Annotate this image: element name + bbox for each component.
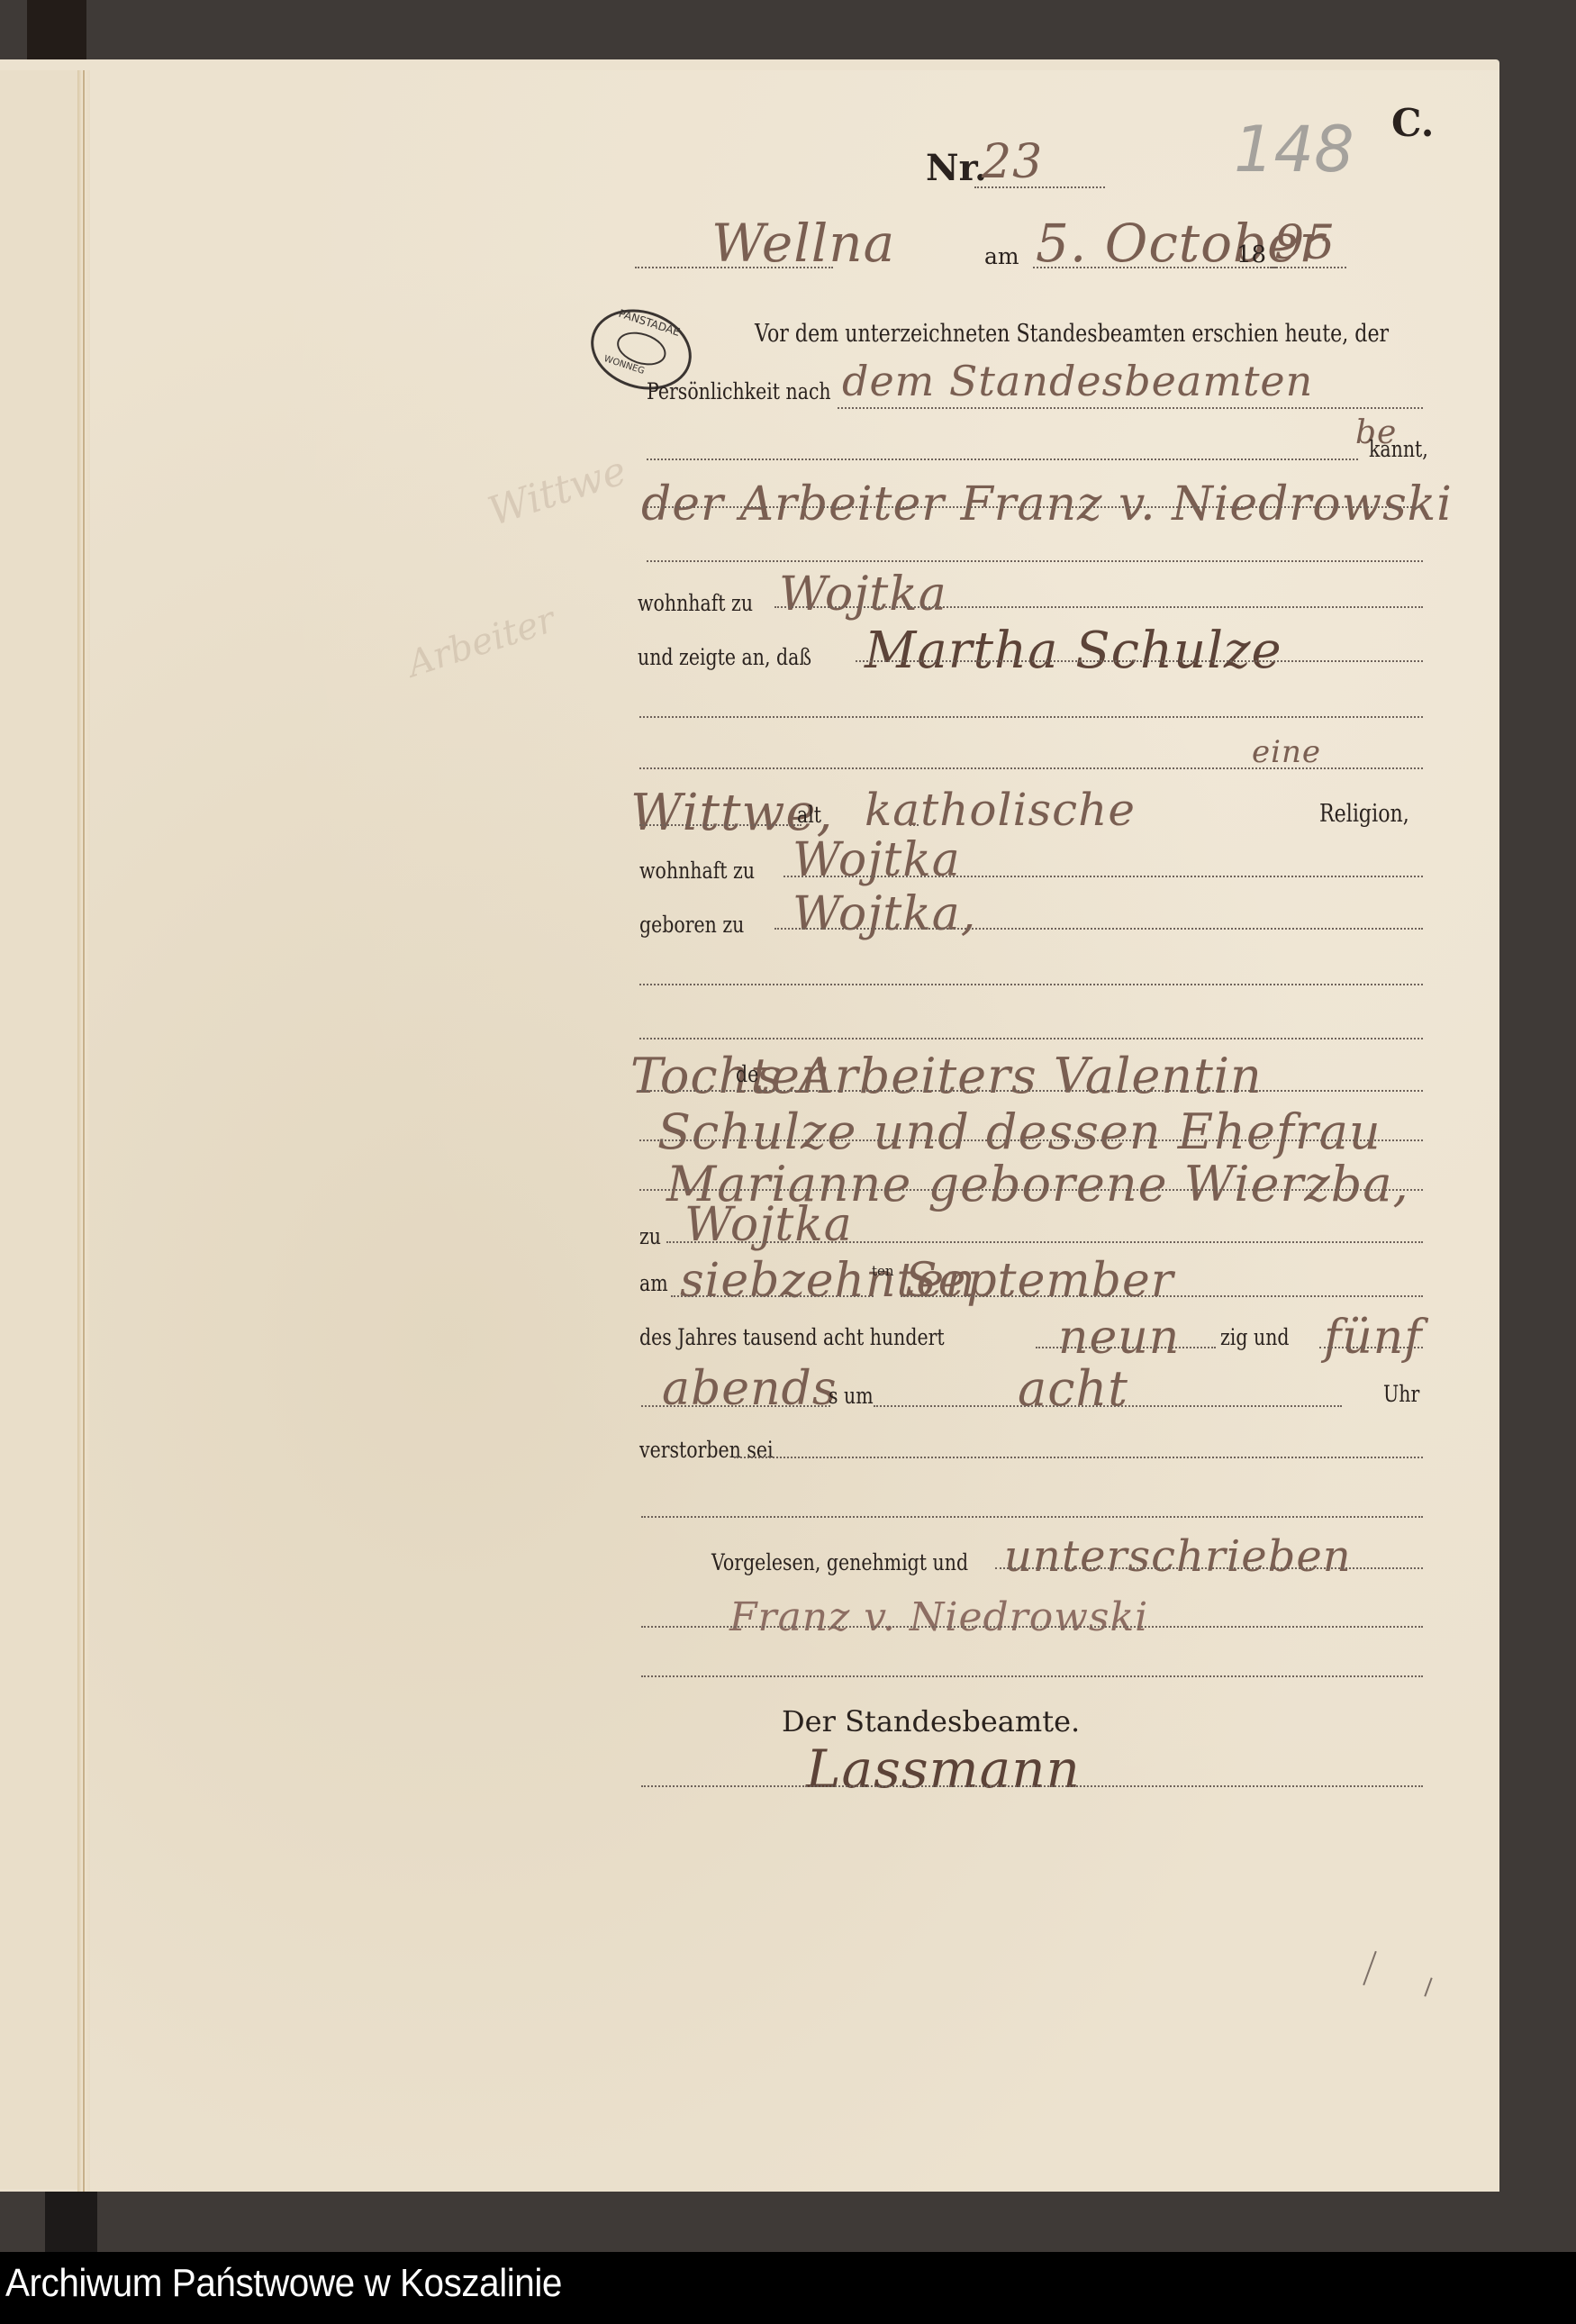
record-number-label: Nr. [926,147,987,189]
informant-value: der Arbeiter Franz v. Niedrowski [641,477,1453,531]
archive-footer-bar: Archiwum Państwowe w Koszalinie [0,2252,1576,2324]
informant-signature: Franz v. Niedrowski [729,1594,1148,1640]
spine-crease [83,70,85,2192]
death-day-suffix: ten [872,1263,894,1279]
parents-place-label: zu [639,1223,661,1249]
residence-label: wohnhaft zu [638,590,753,616]
deceased-name: Martha Schulze [865,622,1282,680]
dotted-line [639,824,802,826]
dotted-line [995,1567,1423,1569]
dotted-line [639,1189,1423,1191]
personality-label: Persönlichkeit nach [647,378,831,404]
registrar-signature: Lassmann [806,1738,1081,1800]
uhr-label: Uhr [1383,1381,1419,1407]
dotted-line [641,1675,1423,1677]
dotted-line [874,1405,1342,1407]
dotted-line [774,928,1423,930]
dotted-line [1270,267,1346,268]
age-label: alt [797,802,821,828]
intro-line: Vor dem unterzeichneten Standesbeamten e… [755,320,1389,348]
year-units-value: fünf [1324,1311,1422,1365]
reported-label: und zeigte an, daß [638,644,811,670]
died-label: verstorben sei [639,1437,774,1463]
year-suffix: 95 [1274,216,1336,270]
parents-place-value: Wojtka [684,1198,853,1252]
dotted-line [639,1139,1423,1141]
dotted-line [639,984,1423,985]
deceased-residence-label: wohnhaft zu [639,858,755,884]
parents-line-1: s Arbeiters Valentin [756,1048,1263,1104]
year-phrase-label: des Jahres tausend acht hundert [639,1324,945,1350]
registrar-label: Der Standesbeamte. [782,1704,1080,1738]
dotted-line [734,1457,1423,1458]
religion-value-above: eine [1252,734,1321,770]
religion-value: katholische [865,784,1136,836]
birthplace-value: Wojtka, [793,887,976,941]
zig-und-label: zig und [1220,1324,1290,1350]
birthplace-label: geboren zu [639,912,744,938]
dotted-line [783,876,1423,877]
dotted-line [639,1038,1423,1039]
dotted-line [647,506,1423,508]
dotted-line [647,560,1423,562]
previous-page-leaf [0,70,78,2189]
time-value: acht [1018,1360,1128,1417]
religion-label: Religion, [1319,800,1409,828]
read-value: unterschrieben [1004,1531,1352,1582]
death-month-value: September [905,1254,1174,1308]
dotted-line [641,1626,1423,1628]
dotted-line [639,1090,1423,1092]
dotted-line [974,186,1105,188]
dotted-line [641,1516,1423,1518]
dotted-line [639,767,1423,769]
death-day-label: am [639,1270,668,1296]
time-prefix-value: abends [662,1362,838,1416]
read-label: Vorgelesen, genehmigt und [711,1549,968,1575]
dotted-line [639,716,1423,718]
dotted-line [671,1295,874,1297]
parents-label: de [736,1061,758,1087]
archive-name: Archiwum Państwowe w Koszalinie [5,2261,562,2306]
record-number: 23 [982,135,1043,189]
dotted-line [635,267,833,268]
dotted-line [774,606,1423,608]
time-um-label: s um [829,1383,874,1409]
dotted-line [641,1785,1423,1787]
dotted-line [647,458,1358,460]
place-handwritten: Wellna [711,213,895,274]
pencil-page-number: 148 [1234,113,1354,186]
decade-value: neun [1058,1311,1180,1365]
residence-value: Wojtka [779,567,947,622]
dotted-line [641,1405,830,1407]
date-label: am [984,243,1019,269]
dotted-line [666,1241,1423,1243]
parents-line-2: Schulze und dessen Ehefrau [657,1103,1381,1160]
dotted-line [1319,1347,1423,1348]
binding-gap-bottom [45,2192,97,2252]
deceased-residence-value: Wojtka [793,833,961,887]
dotted-line [901,1295,1423,1297]
dotted-line [1036,1347,1216,1348]
register-letter: C. [1391,101,1434,145]
dotted-line [838,407,1423,409]
year-prefix: 18 [1236,241,1266,268]
personality-value: dem Standesbeamten [842,357,1313,405]
known-label: kannt, [1369,436,1428,462]
dotted-line [856,660,1423,662]
